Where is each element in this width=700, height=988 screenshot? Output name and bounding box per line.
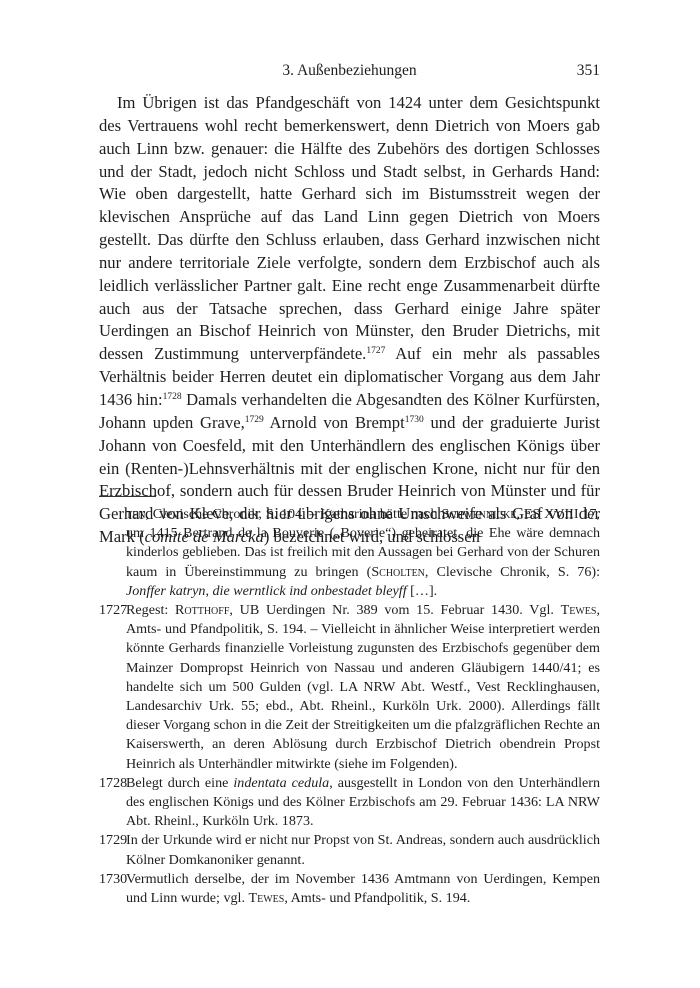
text-run: In der Urkunde wird er nicht nur Propst … <box>126 832 600 867</box>
author-name: Rotthoff <box>175 602 229 618</box>
text-run: , Clevische Chronik, S. 104. – Katharina… <box>145 506 441 522</box>
author-name: Schwennicke <box>441 506 516 522</box>
running-head: 3. Außenbeziehungen 351 <box>99 62 600 82</box>
footnote-number: 1727 <box>99 601 127 620</box>
author-name: Scholten <box>371 564 425 580</box>
footnote-1728: 1728Belegt durch eine indentata cedula, … <box>99 774 600 832</box>
footnote-ref-1730[interactable]: 1730 <box>405 415 424 425</box>
body-paragraph: Im Übrigen ist das Pfandgeschäft von 142… <box>99 92 600 549</box>
text-run: Im Übrigen ist das Pfandgeschäft von 142… <box>99 93 600 363</box>
footnote-1727: 1727Regest: Rotthoff, UB Uerdingen Nr. 3… <box>99 601 600 774</box>
footnote-ref-1728[interactable]: 1728 <box>163 392 182 402</box>
chapter-title: 3. Außenbeziehungen <box>99 62 600 80</box>
footnote-ref-1727[interactable]: 1727 <box>366 346 385 356</box>
main-text: Im Übrigen ist das Pfandgeschäft von 142… <box>99 92 600 549</box>
quotation: Jonffer katryn, die werntlick ind onbest… <box>126 583 407 599</box>
footnote-1730: 1730Vermutlich derselbe, der im November… <box>99 870 600 908</box>
footnote-number: 1730 <box>99 870 127 889</box>
footnotes: ten, Clevische Chronik, S. 104. – Kathar… <box>99 505 600 908</box>
author-name: ten <box>126 506 145 522</box>
book-page: 3. Außenbeziehungen 351 Im Übrigen ist d… <box>0 0 700 988</box>
footnote-separator <box>99 496 156 497</box>
text-run: , Amts- und Pfandpolitik, S. 194. – Viel… <box>126 602 600 772</box>
text-run: Arnold von Brempt <box>264 413 405 432</box>
footnote-continued: ten, Clevische Chronik, S. 104. – Kathar… <box>99 505 600 601</box>
text-run: , UB Uerdingen Nr. 389 vom 15. Februar 1… <box>229 602 560 618</box>
page-number: 351 <box>577 62 600 80</box>
text-run: Regest: <box>126 602 175 618</box>
text-run: […]. <box>407 583 438 599</box>
footnote-ref-1729[interactable]: 1729 <box>245 415 264 425</box>
author-name: Tewes <box>249 890 285 906</box>
author-name: Tewes <box>561 602 597 618</box>
text-run: Belegt durch eine <box>126 775 233 791</box>
footnote-number: 1729 <box>99 831 127 850</box>
footnote-1729: 1729In der Urkunde wird er nicht nur Pro… <box>99 831 600 869</box>
footnote-number: 1728 <box>99 774 127 793</box>
text-run: , Clevische Chronik, S. 76): <box>425 564 600 580</box>
text-run: , Amts- und Pfandpolitik, S. 194. <box>284 890 470 906</box>
latin-term: indentata cedula <box>233 775 329 791</box>
